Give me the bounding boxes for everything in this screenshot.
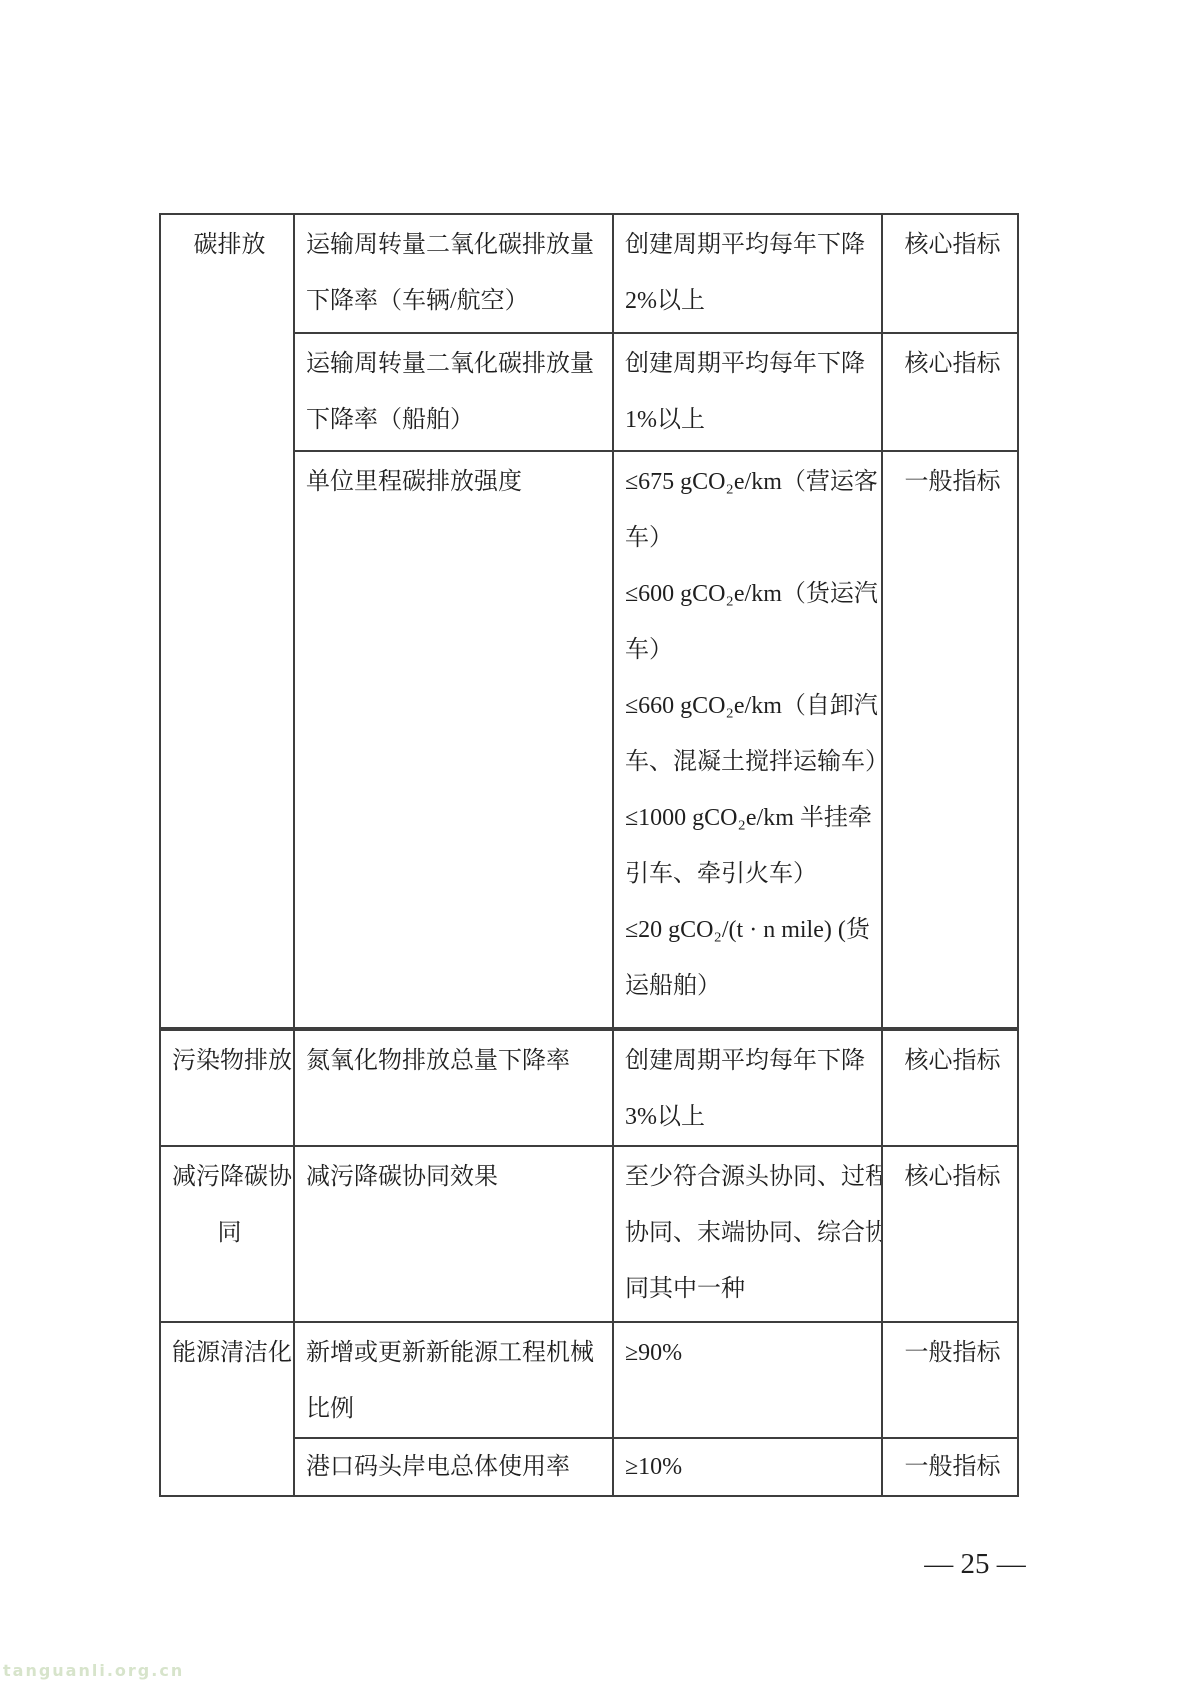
document-page: 碳排放 运输周转量二氧化碳排放量 下降率（车辆/航空） 创建周期平均每年下降 2… <box>0 0 1190 1683</box>
category-cell-clean-energy: 能源清洁化 <box>160 1322 294 1496</box>
target-cell: ≥10% <box>613 1438 882 1496</box>
type-cell: 核心指标 <box>882 1029 1018 1146</box>
indicator-cell: 单位里程碳排放强度 <box>294 451 613 1029</box>
target-cell: 创建周期平均每年下降 1%以上 <box>613 333 882 451</box>
table-row: 污染物排放 氮氧化物排放总量下降率 创建周期平均每年下降 3%以上 核心指标 <box>160 1029 1018 1146</box>
type-cell: 一般指标 <box>882 1322 1018 1438</box>
target-cell: 创建周期平均每年下降 3%以上 <box>613 1029 882 1146</box>
indicator-cell: 新增或更新新能源工程机械 比例 <box>294 1322 613 1438</box>
indicator-cell: 减污降碳协同效果 <box>294 1146 613 1322</box>
category-cell-carbon-emission: 碳排放 <box>160 214 294 1029</box>
type-cell: 核心指标 <box>882 333 1018 451</box>
target-cell: 创建周期平均每年下降 2%以上 <box>613 214 882 333</box>
table-row: 碳排放 运输周转量二氧化碳排放量 下降率（车辆/航空） 创建周期平均每年下降 2… <box>160 214 1018 333</box>
table-row: 能源清洁化 新增或更新新能源工程机械 比例 ≥90% 一般指标 <box>160 1322 1018 1438</box>
target-cell: ≤675 gCO₂e/km（营运客 车） ≤600 gCO₂e/km（货运汽 车… <box>613 451 882 1029</box>
category-cell-synergy: 减污降碳协 同 <box>160 1146 294 1322</box>
indicator-cell: 氮氧化物排放总量下降率 <box>294 1029 613 1146</box>
category-cell-pollutant-emission: 污染物排放 <box>160 1029 294 1146</box>
indicator-cell: 运输周转量二氧化碳排放量 下降率（船舶） <box>294 333 613 451</box>
type-cell: 核心指标 <box>882 1146 1018 1322</box>
target-cell: ≥90% <box>613 1322 882 1438</box>
type-cell: 一般指标 <box>882 1438 1018 1496</box>
type-cell: 一般指标 <box>882 451 1018 1029</box>
target-cell: 至少符合源头协同、过程 协同、末端协同、综合协 同其中一种 <box>613 1146 882 1322</box>
type-cell: 核心指标 <box>882 214 1018 333</box>
indicator-cell: 港口码头岸电总体使用率 <box>294 1438 613 1496</box>
table-row: 减污降碳协 同 减污降碳协同效果 至少符合源头协同、过程 协同、末端协同、综合协… <box>160 1146 1018 1322</box>
page-number: — 25 — <box>905 1548 1045 1581</box>
indicator-cell: 运输周转量二氧化碳排放量 下降率（车辆/航空） <box>294 214 613 333</box>
indicator-table: 碳排放 运输周转量二氧化碳排放量 下降率（车辆/航空） 创建周期平均每年下降 2… <box>159 213 1019 1497</box>
watermark: tanguanli.org.cn <box>3 1661 184 1680</box>
